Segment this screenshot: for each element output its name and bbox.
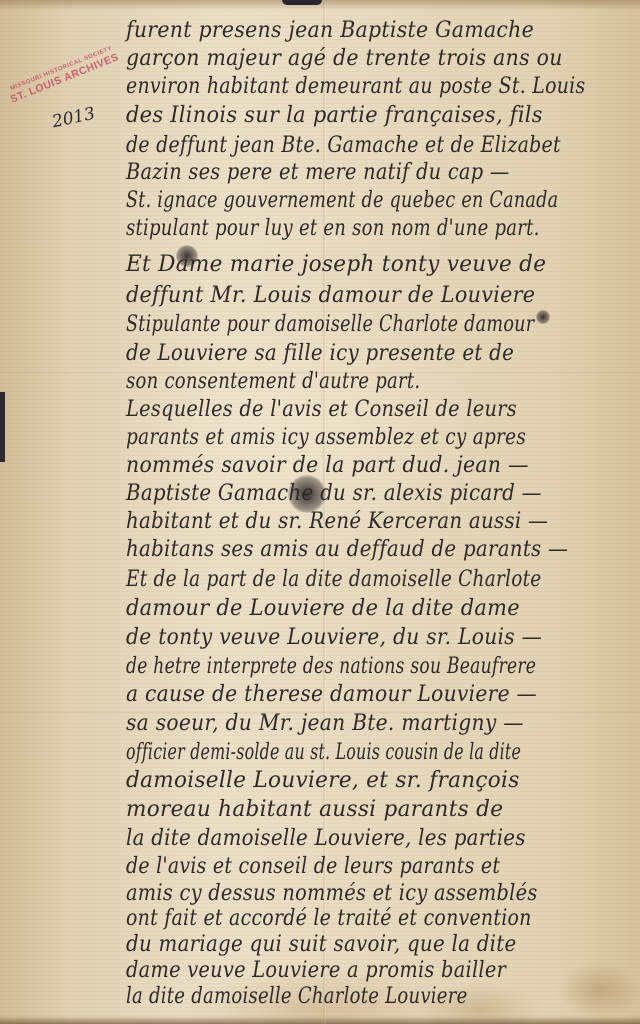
manuscript-line: officier demi-solde au st. Louis cousin …	[126, 740, 521, 765]
manuscript-line: Bazin ses pere et mere natif du cap —	[126, 160, 509, 185]
manuscript-line: de l'avis et conseil de leurs parants et	[126, 854, 500, 879]
manuscript-line: dame veuve Louviere a promis bailler	[126, 958, 506, 983]
archive-number: 2013	[50, 104, 96, 133]
manuscript-line: de Louviere sa fille icy presente et de	[126, 341, 514, 366]
manuscript-line: amis cy dessus nommés et icy assemblés	[126, 881, 538, 906]
manuscript-line: la dite damoiselle Charlote Louviere	[126, 984, 468, 1009]
manuscript-line: parants et amis icy assemblez et cy apre…	[126, 425, 526, 450]
manuscript-line: Et de la part de la dite damoiselle Char…	[126, 567, 541, 592]
left-edge-dark-strip	[0, 392, 5, 462]
manuscript-line: habitans ses amis au deffaud de parants …	[126, 537, 568, 562]
manuscript-line: deffunt Mr. Louis damour de Louviere	[126, 283, 535, 308]
manuscript-line: environ habitant demeurant au poste St. …	[126, 74, 585, 99]
manuscript-line: ont fait et accordé le traité et convent…	[126, 906, 532, 931]
manuscript-line: habitant et du sr. René Kerceran aussi —	[126, 509, 548, 534]
manuscript-line: furent presens jean Baptiste Gamache	[126, 18, 534, 43]
manuscript-line: moreau habitant aussi parants de	[126, 797, 503, 822]
manuscript-line: a cause de therese damour Louviere —	[126, 682, 537, 707]
manuscript-line: des Ilinois sur la partie françaises, fi…	[126, 103, 543, 128]
manuscript-line: son consentement d'autre part.	[126, 369, 420, 394]
manuscript-line: St. ignace gouvernement de quebec en Can…	[126, 188, 558, 213]
manuscript-line: sa soeur, du Mr. jean Bte. martigny —	[126, 711, 524, 736]
manuscript-line: Stipulante pour damoiselle Charlote damo…	[126, 312, 534, 337]
manuscript-line: Et Dame marie joseph tonty veuve de	[126, 252, 546, 277]
manuscript-line: damoiselle Louviere, et sr. françois	[126, 768, 520, 793]
manuscript-line: garçon majeur agé de trente trois ans ou	[126, 46, 563, 71]
manuscript-line: de hetre interprete des nations sou Beau…	[126, 654, 536, 679]
stamp-archives-text: ST. LOUIS ARCHIVES	[9, 52, 120, 105]
manuscript-line: stipulant pour luy et en son nom d'une p…	[126, 216, 540, 241]
manuscript-line: la dite damoiselle Louviere, les parties	[126, 826, 526, 851]
manuscript-line: nommés savoir de la part dud. jean —	[126, 453, 529, 478]
manuscript-line: du mariage qui suit savoir, que la dite	[126, 932, 517, 957]
manuscript-line: Lesquelles de l'avis et Conseil de leurs	[126, 397, 517, 422]
manuscript-text: furent presens jean Baptiste Gamache gar…	[126, 0, 640, 1024]
manuscript-line: de deffunt jean Bte. Gamache et de Eliza…	[126, 133, 561, 158]
manuscript-line: Baptiste Gamache du sr. alexis picard —	[126, 481, 542, 506]
manuscript-line: de tonty veuve Louviere, du sr. Louis —	[126, 625, 542, 650]
manuscript-page: MISSOURI HISTORICAL SOCIETY ST. LOUIS AR…	[0, 0, 640, 1024]
manuscript-line: damour de Louviere de la dite dame	[126, 596, 520, 621]
archive-stamp: MISSOURI HISTORICAL SOCIETY ST. LOUIS AR…	[6, 45, 120, 106]
